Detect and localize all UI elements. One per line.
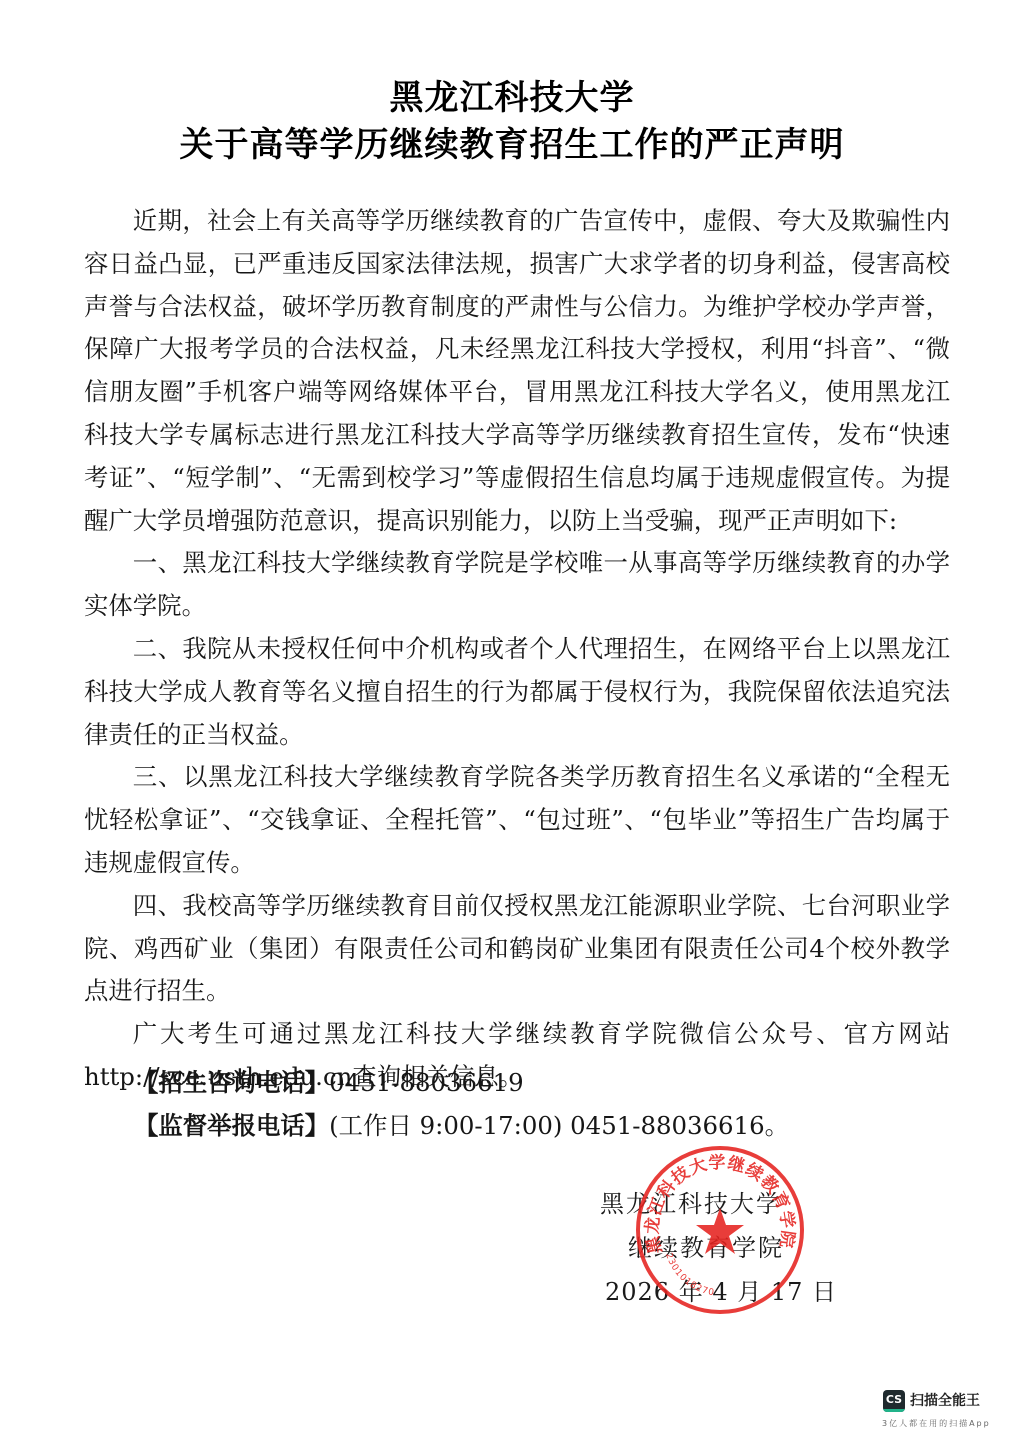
enrollment-hotline-label: 【招生咨询电话】 — [134, 1068, 329, 1097]
report-hotline-label: 【监督举报电话】 — [134, 1111, 329, 1140]
clause-2-paragraph: 二、我院从未授权任何中介机构或者个人代理招生，在网络平台上以黑龙江科技大学成人教… — [84, 628, 950, 756]
camscanner-watermark: CS 扫描全能王 3亿人都在用的扫描App — [880, 1388, 1020, 1444]
enrollment-hotline-number: 0451-88036619 — [329, 1068, 523, 1097]
document-title-line2: 关于高等学历继续教育招生工作的严正声明 — [0, 117, 1024, 166]
clause-3-paragraph: 三、以黑龙江科技大学继续教育学院各类学历教育招生名义承诺的“全程无忧轻松拿证”、… — [84, 756, 950, 884]
enrollment-hotline: 【招生咨询电话】0451-88036619 — [134, 1062, 524, 1105]
report-hotline: 【监督举报电话】(工作日 9:00-17:00) 0451-88036616。 — [134, 1105, 789, 1148]
camscanner-logo-icon: CS — [883, 1390, 905, 1412]
signature-org-line1: 黑龙江科技大学 — [600, 1184, 782, 1219]
report-hotline-number: (工作日 9:00-17:00) 0451-88036616。 — [329, 1111, 789, 1140]
intro-paragraph: 近期，社会上有关高等学历继续教育的广告宣传中，虚假、夸大及欺骗性内容日益凸显，已… — [84, 200, 950, 542]
signature-org-line2: 继续教育学院 — [628, 1228, 784, 1263]
document-title-line1: 黑龙江科技大学 — [0, 70, 1024, 119]
document-body: 近期，社会上有关高等学历继续教育的广告宣传中，虚假、夸大及欺骗性内容日益凸显，已… — [84, 200, 950, 1099]
clause-4-paragraph: 四、我校高等学历继续教育目前仅授权黑龙江能源职业学院、七台河职业学院、鸡西矿业（… — [84, 885, 950, 1013]
watermark-tagline: 3亿人都在用的扫描App — [882, 1418, 991, 1429]
signature-date: 2026 年 4 月 17 日 — [605, 1272, 837, 1307]
clause-1-paragraph: 一、黑龙江科技大学继续教育学院是学校唯一从事高等学历继续教育的办学实体学院。 — [84, 542, 950, 628]
watermark-app-name: 扫描全能王 — [910, 1390, 980, 1410]
